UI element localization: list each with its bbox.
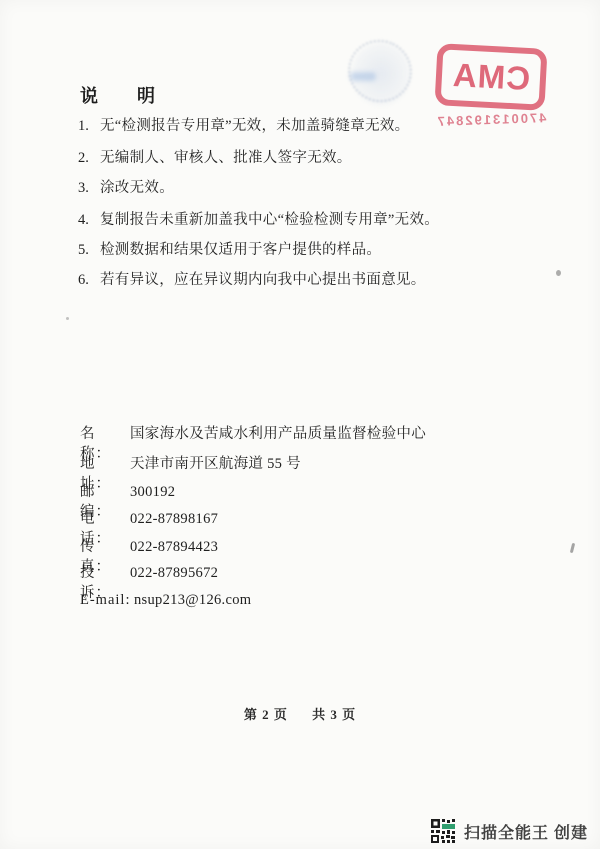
note-item-5: 5. 检测数据和结果仅适用于客户提供的样品。 <box>78 240 518 260</box>
note-text: 若有异议，应在异议期内向我中心提出书面意见。 <box>100 270 518 290</box>
note-text: 涂改无效。 <box>100 178 518 198</box>
note-number: 6. <box>78 270 100 290</box>
cma-stamp-mirrored: CMA <box>434 43 547 111</box>
page-number-label: 第 2 页 <box>244 707 288 722</box>
note-text: 无“检测报告专用章”无效，未加盖骑缝章无效。 <box>100 116 518 136</box>
note-number: 5. <box>78 240 100 260</box>
note-item-1: 1. 无“检测报告专用章”无效，未加盖骑缝章无效。 <box>78 116 518 136</box>
note-text: 复制报告未重新加盖我中心“检验检测专用章”无效。 <box>100 210 518 230</box>
stamp-bleed-through-artifact <box>338 28 424 120</box>
note-item-6: 6. 若有异议，应在异议期内向我中心提出书面意见。 <box>78 270 518 290</box>
scan-speck <box>570 543 575 553</box>
note-number: 1. <box>78 116 100 136</box>
camscanner-qr-icon <box>431 819 455 843</box>
scanned-document-page: CMA 470013192847 说 明 1. 无“检测报告专用章”无效，未加盖… <box>0 0 600 849</box>
cma-stamp-letters: CMA <box>451 57 531 94</box>
note-number: 2. <box>78 148 100 168</box>
note-number: 3. <box>78 178 100 198</box>
note-text: 无编制人、审核人、批准人签字无效。 <box>100 148 518 168</box>
note-item-3: 3. 涂改无效。 <box>78 178 518 198</box>
total-pages-label: 共 3 页 <box>312 707 356 722</box>
scan-speck <box>66 317 69 320</box>
note-number: 4. <box>78 210 100 230</box>
note-item-4: 4. 复制报告未重新加盖我中心“检验检测专用章”无效。 <box>78 210 518 230</box>
scan-speck <box>556 270 561 276</box>
page-footer: 第 2 页 共 3 页 <box>0 704 600 723</box>
bleed-arc <box>338 29 422 112</box>
contact-label: E-mail: <box>80 590 134 610</box>
note-text: 检测数据和结果仅适用于客户提供的样品。 <box>100 240 518 260</box>
camscanner-watermark: 扫描全能王 创建 <box>431 819 588 843</box>
contact-value: nsup213@126.com <box>134 590 540 610</box>
note-item-2: 2. 无编制人、审核人、批准人签字无效。 <box>78 148 518 168</box>
bleed-smudge <box>350 72 376 81</box>
page-title: 说 明 <box>80 82 156 108</box>
camscanner-watermark-text: 扫描全能王 创建 <box>464 820 588 843</box>
contact-row-email: E-mail: nsup213@126.com <box>80 590 540 610</box>
